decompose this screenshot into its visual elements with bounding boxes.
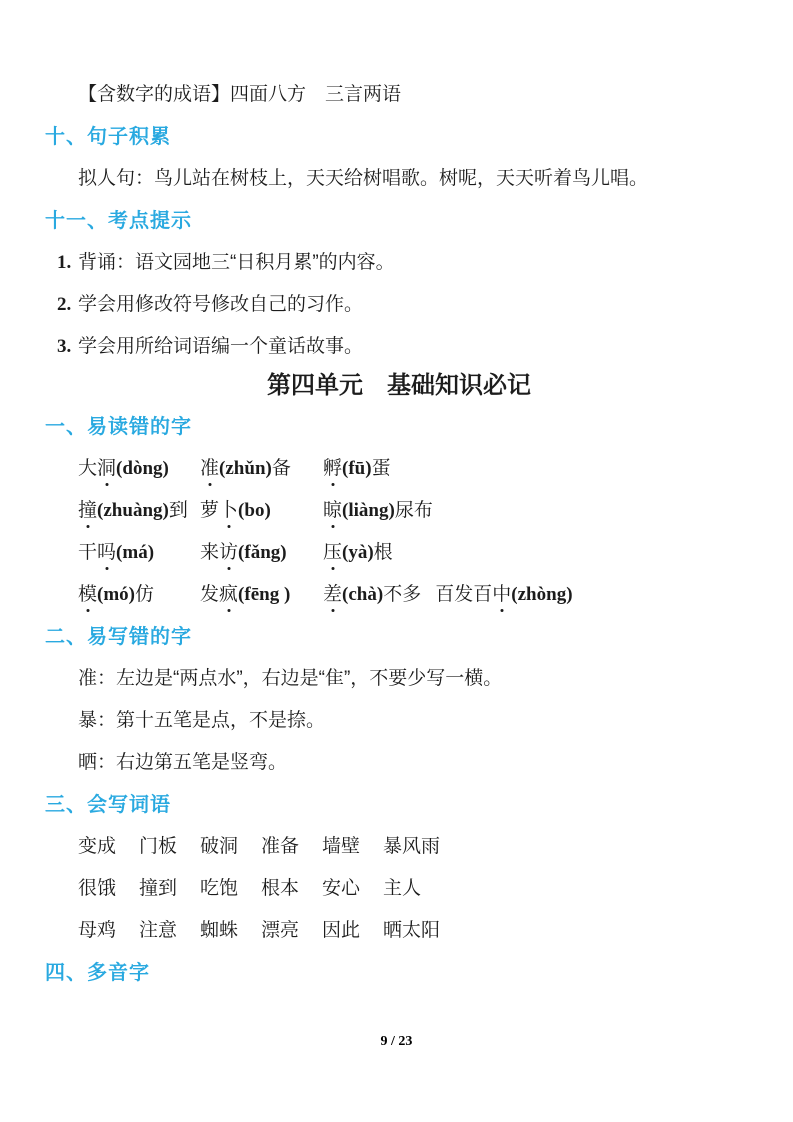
- item-text: 背诵：语文园地三“日积月累”的内容。: [78, 252, 395, 273]
- word-cell: 很饿: [78, 876, 139, 902]
- section-heading-polyphonic-characters: 四、多音字: [45, 960, 753, 986]
- word-cell: 变成: [78, 834, 139, 860]
- exam-point-item: 2.学会用修改符号修改自己的习作。: [45, 292, 753, 318]
- document-page: 【含数字的成语】四面八方 三言两语 十、句子积累 拟人句：鸟儿站在树枝上，天天给…: [0, 0, 793, 986]
- page-number: 9 / 23: [0, 1034, 793, 1050]
- word-cell: 安心: [322, 876, 383, 902]
- word-cell: 暴风雨: [383, 834, 444, 860]
- section-heading-words-to-write: 三、会写词语: [45, 792, 753, 818]
- word-cell: 门板: [139, 834, 200, 860]
- pinyin-cell: 模(mó)仿: [78, 582, 200, 608]
- word-cell: 晒太阳: [383, 918, 444, 944]
- personification-sentence: 拟人句：鸟儿站在树枝上，天天给树唱歌。树呢，天天听着鸟儿唱。: [45, 166, 753, 192]
- pinyin-row: 模(mó)仿发疯(fēng )差(chà)不多百发百中(zhòng): [45, 582, 753, 608]
- miswritten-note: 晒：右边第五笔是竖弯。: [45, 750, 753, 776]
- word-cell: 因此: [322, 918, 383, 944]
- section-heading-sentence-accumulation: 十、句子积累: [45, 124, 753, 150]
- pinyin-cell: 晾(liàng)尿布: [323, 498, 433, 524]
- word-row: 母鸡注意蜘蛛漂亮因此晒太阳: [45, 918, 753, 944]
- pinyin-cell: 孵(fū)蛋: [323, 456, 391, 482]
- pinyin-cell: 差(chà)不多: [323, 582, 421, 608]
- item-number: 1.: [57, 250, 78, 276]
- pinyin-cell: 撞(zhuàng)到: [78, 498, 200, 524]
- word-cell: 主人: [383, 876, 444, 902]
- pinyin-row: 干吗(má)来访(fǎng)压(yà)根: [45, 540, 753, 566]
- section-heading-exam-points: 十一、考点提示: [45, 208, 753, 234]
- idiom-line: 【含数字的成语】四面八方 三言两语: [45, 82, 753, 108]
- pinyin-cell: 百发百中(zhòng): [435, 582, 572, 608]
- exam-point-item: 3.学会用所给词语编一个童话故事。: [45, 334, 753, 360]
- word-cell: 根本: [261, 876, 322, 902]
- word-cell: 准备: [261, 834, 322, 860]
- pinyin-cell: 压(yà)根: [323, 540, 393, 566]
- pinyin-cell: 干吗(má): [78, 540, 200, 566]
- pinyin-row: 大洞(dòng)准(zhǔn)备孵(fū)蛋: [45, 456, 753, 482]
- exam-point-item: 1.背诵：语文园地三“日积月累”的内容。: [45, 250, 753, 276]
- pinyin-cell: 来访(fǎng): [200, 540, 323, 566]
- pinyin-cell: 大洞(dòng): [78, 456, 200, 482]
- word-table: 变成门板破洞准备墙壁暴风雨很饿撞到吃饱根本安心主人母鸡注意蜘蛛漂亮因此晒太阳: [45, 834, 753, 944]
- pinyin-cell: 准(zhǔn)备: [200, 456, 323, 482]
- item-number: 2.: [57, 292, 78, 318]
- word-row: 变成门板破洞准备墙壁暴风雨: [45, 834, 753, 860]
- word-cell: 破洞: [200, 834, 261, 860]
- word-cell: 母鸡: [78, 918, 139, 944]
- pinyin-row: 撞(zhuàng)到萝卜(bo)晾(liàng)尿布: [45, 498, 753, 524]
- word-row: 很饿撞到吃饱根本安心主人: [45, 876, 753, 902]
- unit-title: 第四单元 基础知识必记: [45, 370, 753, 402]
- pinyin-cell: 发疯(fēng ): [200, 582, 323, 608]
- miswritten-note: 暴：第十五笔是点，不是捺。: [45, 708, 753, 734]
- word-cell: 墙壁: [322, 834, 383, 860]
- item-number: 3.: [57, 334, 78, 360]
- miswritten-note: 准：左边是“两点水”，右边是“隹”，不要少写一横。: [45, 666, 753, 692]
- word-cell: 注意: [139, 918, 200, 944]
- word-cell: 漂亮: [261, 918, 322, 944]
- section-heading-easily-miswritten: 二、易写错的字: [45, 624, 753, 650]
- item-text: 学会用修改符号修改自己的习作。: [78, 294, 363, 315]
- word-cell: 撞到: [139, 876, 200, 902]
- word-cell: 吃饱: [200, 876, 261, 902]
- word-cell: 蜘蛛: [200, 918, 261, 944]
- pinyin-table: 大洞(dòng)准(zhǔn)备孵(fū)蛋撞(zhuàng)到萝卜(bo)晾(…: [45, 456, 753, 608]
- item-text: 学会用所给词语编一个童话故事。: [78, 336, 363, 357]
- section-heading-easily-misread: 一、易读错的字: [45, 414, 753, 440]
- pinyin-cell: 萝卜(bo): [200, 498, 323, 524]
